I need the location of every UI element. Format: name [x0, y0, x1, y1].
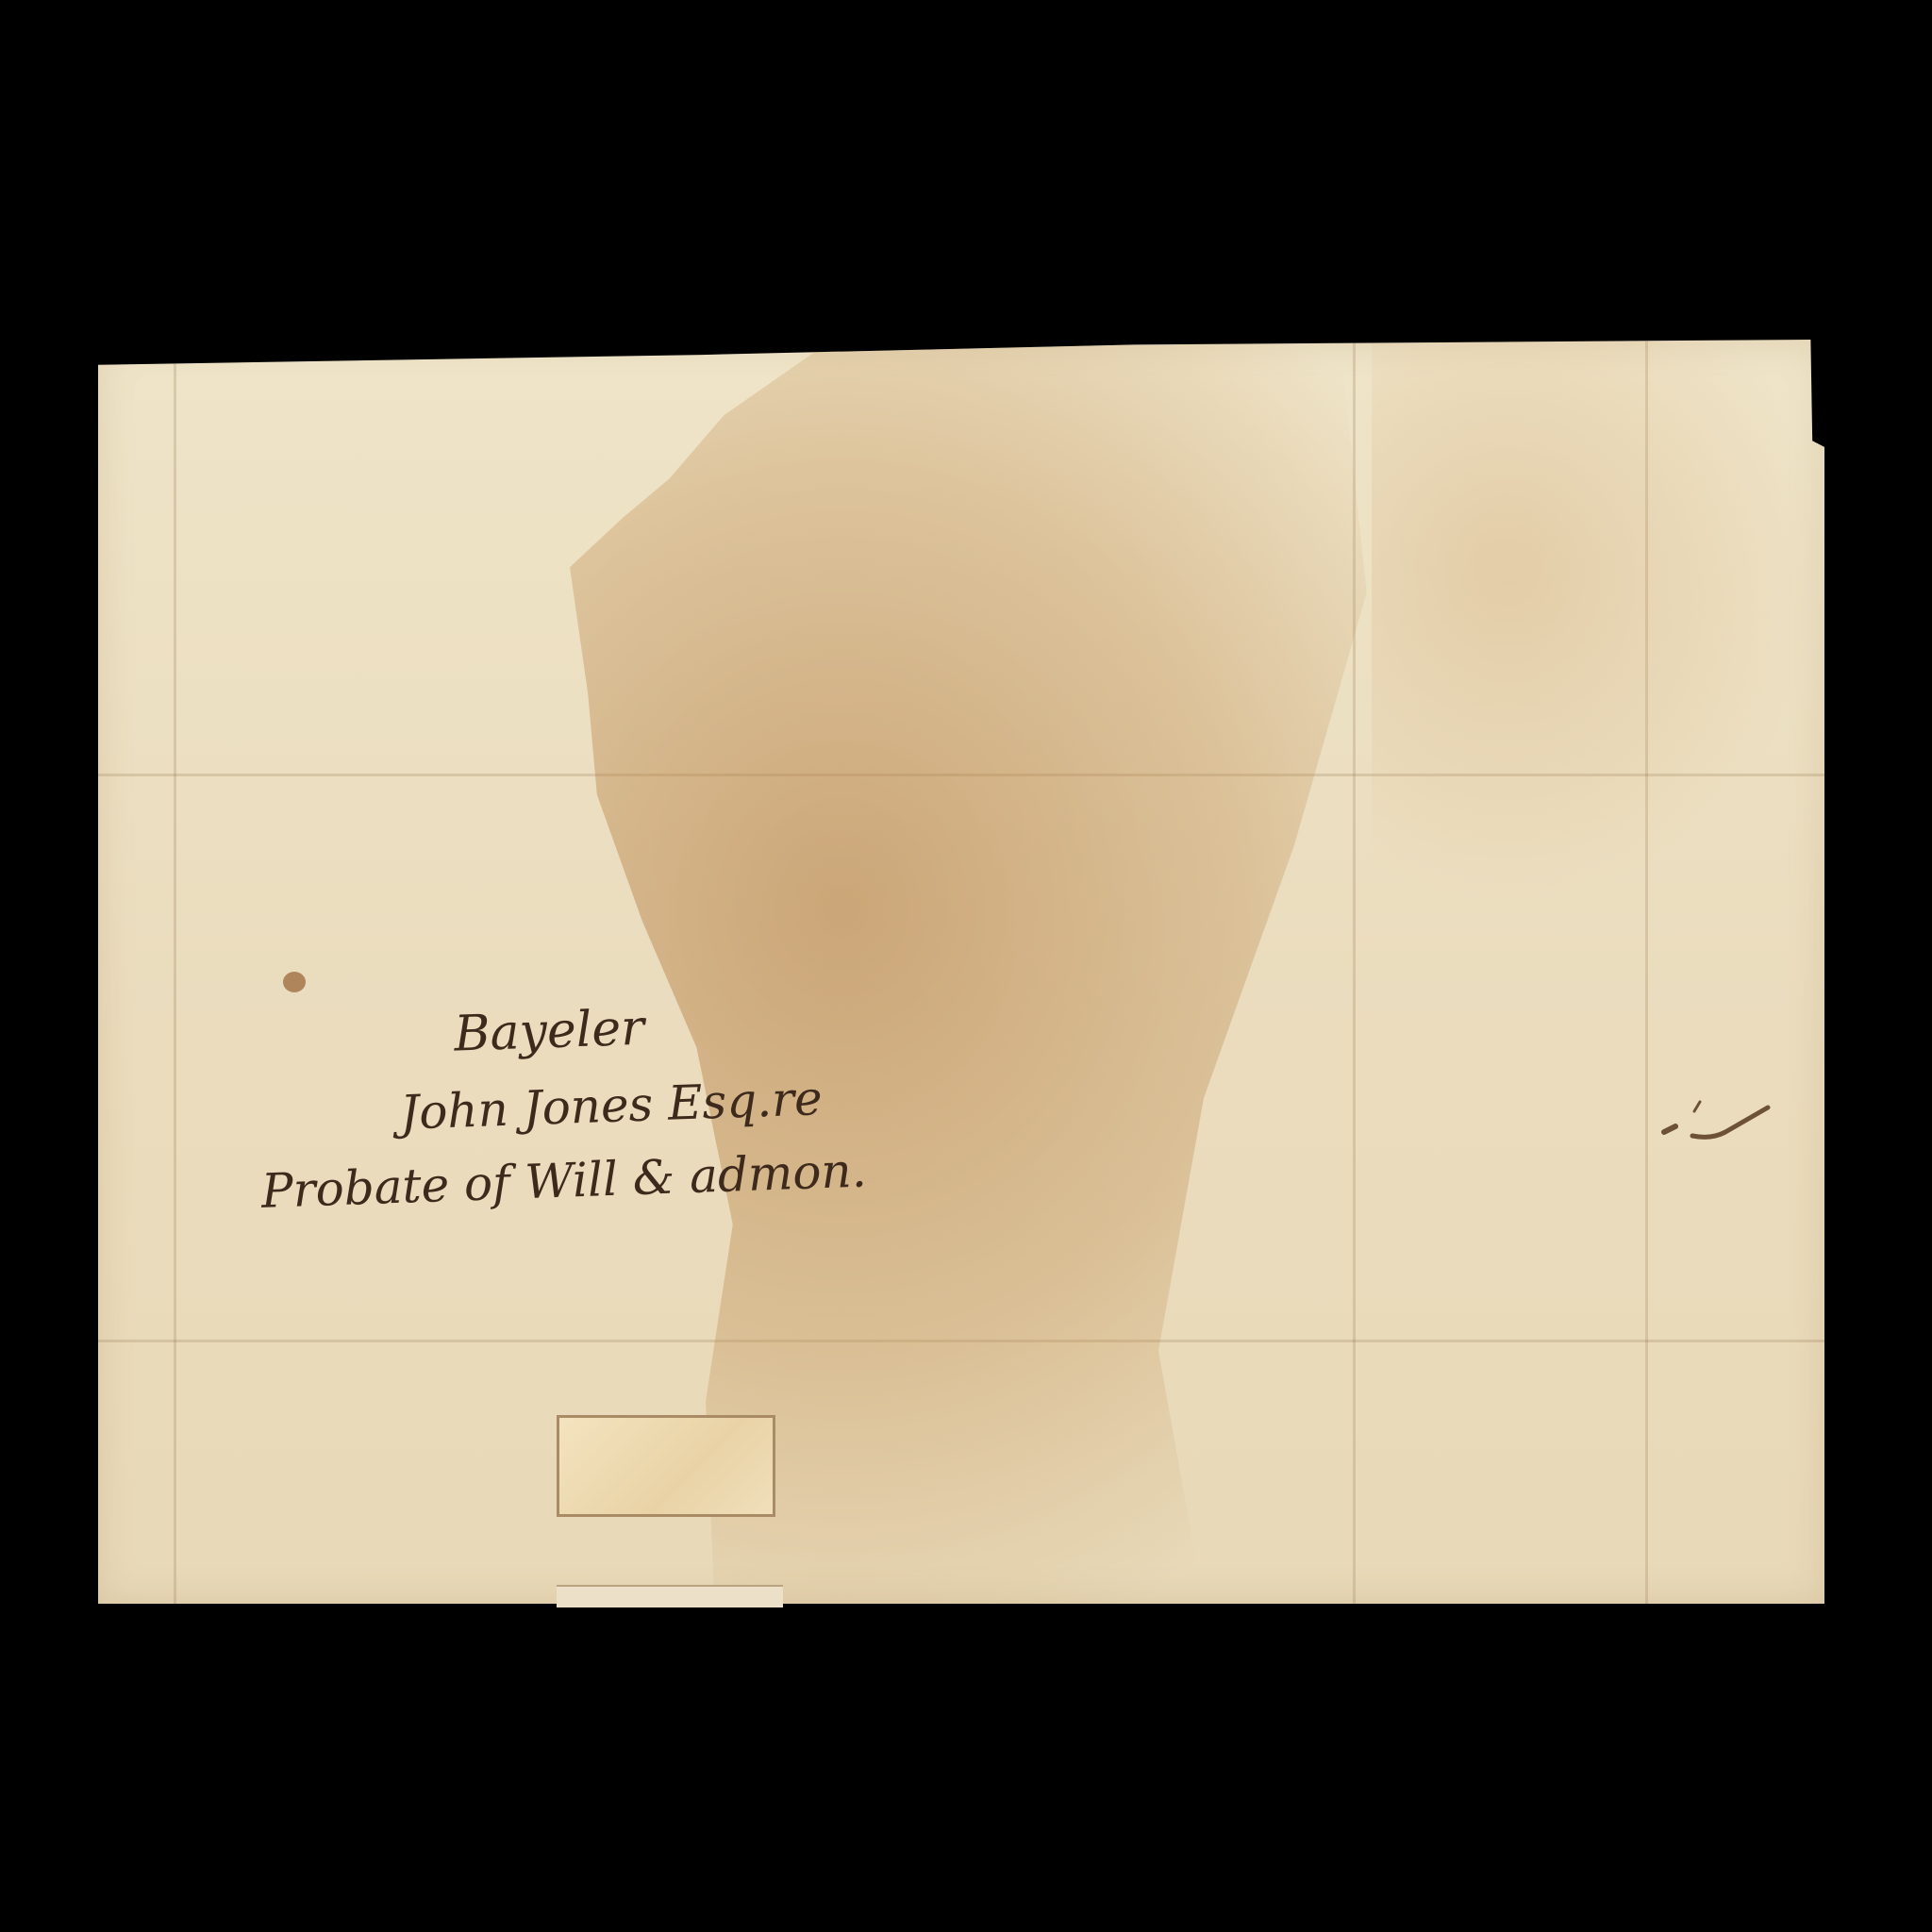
marginal-ink-mark [1655, 1094, 1777, 1141]
paper-seal-patch [557, 1415, 775, 1517]
ink-spot [283, 972, 306, 992]
folded-document: Bayeler John Jones Esq.re Probate of Wil… [98, 340, 1824, 1604]
inscription-line-2: John Jones Esq.re [399, 1064, 1014, 1141]
water-stain [570, 340, 1475, 1604]
docket-inscription: Bayeler John Jones Esq.re Probate of Wil… [255, 987, 1016, 1219]
folded-flap-tab [557, 1585, 783, 1607]
inscription-line-1: Bayeler [453, 987, 1011, 1063]
water-stain-light [1372, 340, 1824, 906]
fold-crease-vertical [174, 340, 176, 1604]
